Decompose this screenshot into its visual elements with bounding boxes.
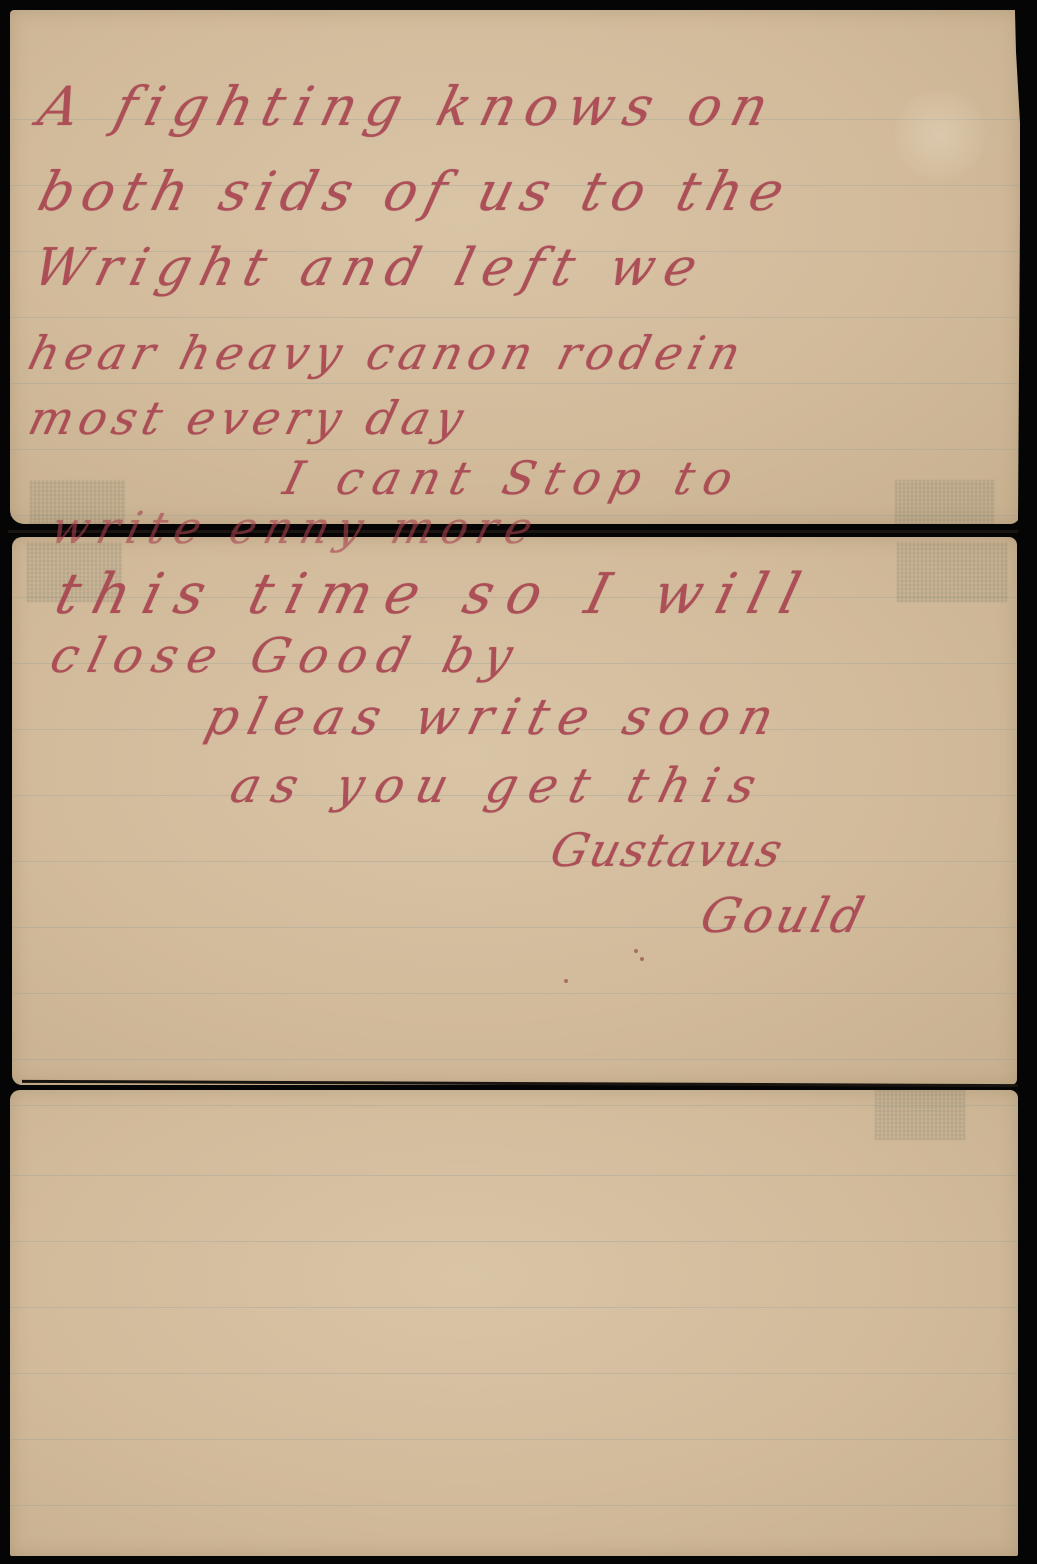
letter-line-2: both sids of us to the [33,165,797,219]
ink-speck [564,979,568,983]
embossed-seal [895,90,985,180]
letter-panel-top: A fighting knows on both sids of us to t… [10,10,1020,524]
letter-line-6: I cant Stop to [279,455,747,501]
letter-line-3: Wright and left we [29,242,712,294]
ruled-lines [10,1090,1018,1556]
stamp-offset-mark [895,480,995,525]
letter-line-7: write enny more [47,507,545,551]
stamp-offset-mark [897,542,1007,602]
signature-first-name: Gustavus [546,827,789,873]
stamp-offset-mark [875,1090,965,1140]
letter-line-1: A fighting knows on [33,80,783,134]
letter-line-9: close Good by [46,632,527,680]
ink-speck [640,957,644,961]
letter-line-11: as you get this [226,762,773,810]
ink-speck [634,949,638,953]
letter-line-10: pleas write soon [201,692,789,742]
letter-line-4: hear heavy canon rodein [24,330,751,376]
letter-line-5: most every day [24,395,473,441]
letter-panel-bottom [10,1090,1018,1556]
ink-speck [260,428,264,432]
letter-panel-middle: write enny more this time so I will clos… [12,537,1017,1085]
signature-last-name: Gould [696,892,872,940]
letter-line-8: this time so I will [50,567,819,623]
